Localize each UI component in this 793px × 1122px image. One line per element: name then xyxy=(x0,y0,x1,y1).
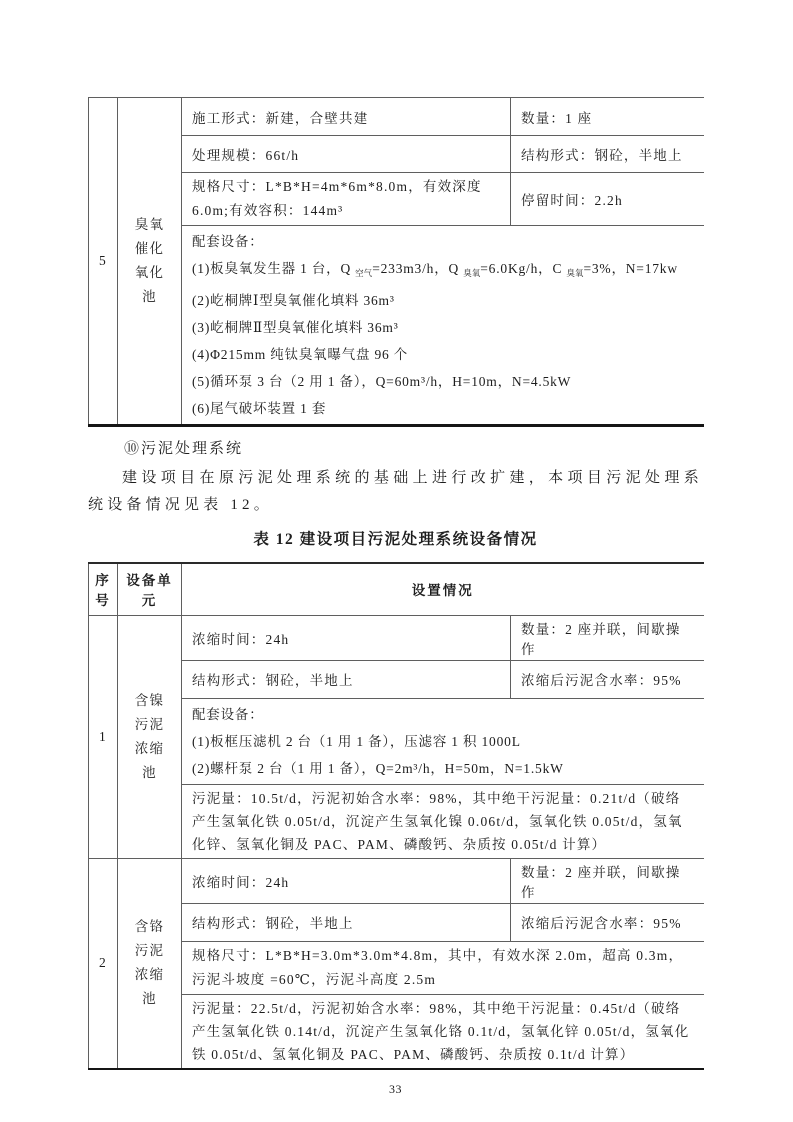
treatment-scale-cell: 处理规模：66t/h xyxy=(182,136,511,173)
equipment-line: (3)屹桐牌Ⅱ型臭氧催化填料 36m³ xyxy=(192,314,694,341)
quantity-cell: 数量：1 座 xyxy=(511,98,704,136)
row-number-cell: 1 xyxy=(89,615,118,858)
intro-paragraph: 建设项目在原污泥处理系统的基础上进行改扩建，本项目污泥处理系统设备情况见表 12… xyxy=(88,465,703,519)
table12-caption: 表 12 建设项目污泥处理系统设备情况 xyxy=(88,526,703,554)
section-heading-sludge-system: ⑩污泥处理系统 xyxy=(88,436,703,463)
ozone-oxidation-pool-table: 5 臭氧催化氧化池 施工形式：新建，合壁共建 数量：1 座 处理规模：66t/h… xyxy=(88,97,704,427)
supporting-equipment-cell: 配套设备： (1)板框压滤机 2 台（1 用 1 备），压滤容 1 积 1000… xyxy=(182,698,704,784)
subscript-ozone: 臭氧 xyxy=(463,268,480,278)
page-content: 5 臭氧催化氧化池 施工形式：新建，合壁共建 数量：1 座 处理规模：66t/h… xyxy=(88,0,703,1097)
thickening-time-cell: 浓缩时间：24h xyxy=(182,615,511,660)
equipment-title: 配套设备： xyxy=(192,228,694,255)
thickening-time-cell: 浓缩时间：24h xyxy=(182,858,511,903)
page-number: 33 xyxy=(88,1082,703,1097)
quantity-cell: 数量：2 座并联，间歇操作 xyxy=(511,615,704,660)
row-number-cell: 5 xyxy=(89,98,118,426)
header-equipment-unit: 设备单元 xyxy=(118,563,182,615)
unit-name-cell: 臭氧催化氧化池 xyxy=(118,98,182,426)
sludge-amount-cell: 污泥量：10.5t/d，污泥初始含水率：98%，其中绝干污泥量：0.21t/d（… xyxy=(182,784,704,858)
equipment-line: (2)螺杆泵 2 台（1 用 1 备），Q=2m³/h，H=50m，N=1.5k… xyxy=(192,755,694,782)
construction-form-cell: 施工形式：新建，合壁共建 xyxy=(182,98,511,136)
supporting-equipment-cell: 配套设备： (1)板臭氧发生器 1 台，Q 空气=233m3/h，Q 臭氧=6.… xyxy=(182,226,704,426)
document-page: 5 臭氧催化氧化池 施工形式：新建，合壁共建 数量：1 座 处理规模：66t/h… xyxy=(0,0,793,1122)
equipment-line: (4)Φ215mm 纯钛臭氧曝气盘 96 个 xyxy=(192,341,694,368)
quantity-cell: 数量：2 座并联，间歇操作 xyxy=(511,858,704,903)
text-segment: =3%，N=17kw xyxy=(583,261,677,276)
structure-form-cell: 结构形式：钢砼，半地上 xyxy=(511,136,704,173)
retention-time-cell: 停留时间：2.2h xyxy=(511,173,704,226)
row-number-cell: 2 xyxy=(89,858,118,1069)
subscript-air: 空气 xyxy=(355,268,372,278)
unit-name-cell: 含镍污泥浓缩池 xyxy=(118,615,182,858)
structure-form-cell: 结构形式：钢砼，半地上 xyxy=(182,660,511,698)
text-segment: =6.0Kg/h，C xyxy=(480,261,566,276)
equipment-line: (5)循环泵 3 台（2 用 1 备），Q=60m³/h，H=10m，N=4.5… xyxy=(192,368,694,395)
spec-size-cell: 规格尺寸：L*B*H=4m*6m*8.0m，有效深度 6.0m;有效容积：144… xyxy=(182,173,511,226)
header-serial-number: 序号 xyxy=(89,563,118,615)
equipment-line-ozone-generator: (1)板臭氧发生器 1 台，Q 空气=233m3/h，Q 臭氧=6.0Kg/h，… xyxy=(192,255,694,287)
text-segment: =233m3/h，Q xyxy=(372,261,463,276)
water-content-cell: 浓缩后污泥含水率：95% xyxy=(511,903,704,941)
sludge-system-table: 序号 设备单元 设置情况 1 含镍污泥浓缩池 浓缩时间：24h 数量：2 座并联… xyxy=(88,562,704,1070)
header-setting-situation: 设置情况 xyxy=(182,563,704,615)
subscript-ozone: 臭氧 xyxy=(566,268,583,278)
text-segment: (1)板臭氧发生器 1 台，Q xyxy=(192,261,355,276)
equipment-line: (1)板框压滤机 2 台（1 用 1 备），压滤容 1 积 1000L xyxy=(192,728,694,755)
sludge-amount-cell: 污泥量：22.5t/d，污泥初始含水率：98%，其中绝干污泥量：0.45t/d（… xyxy=(182,994,704,1069)
equipment-line: (6)尾气破坏装置 1 套 xyxy=(192,395,694,422)
structure-form-cell: 结构形式：钢砼，半地上 xyxy=(182,903,511,941)
equipment-line: (2)屹桐牌Ⅰ型臭氧催化填料 36m³ xyxy=(192,287,694,314)
unit-name-cell: 含铬污泥浓缩池 xyxy=(118,858,182,1069)
equipment-title: 配套设备： xyxy=(192,701,694,728)
water-content-cell: 浓缩后污泥含水率：95% xyxy=(511,660,704,698)
spec-size-cell: 规格尺寸：L*B*H=3.0m*3.0m*4.8m，其中，有效水深 2.0m，超… xyxy=(182,941,704,994)
